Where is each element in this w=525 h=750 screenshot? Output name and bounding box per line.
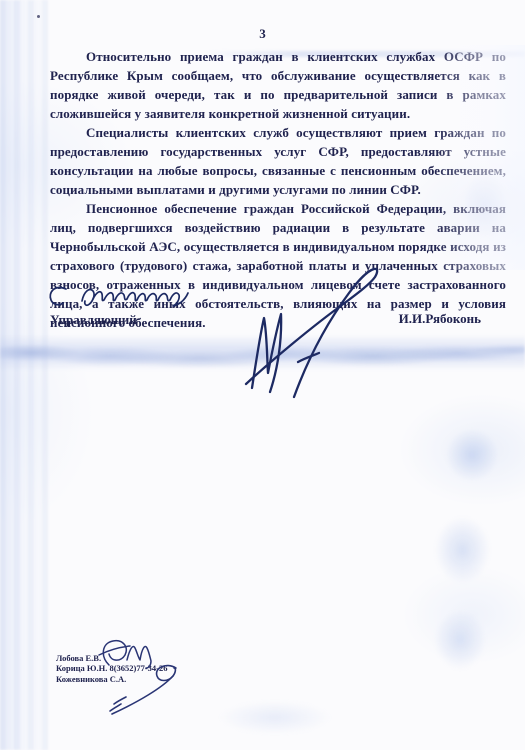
scanned-letter-page: 3 Относительно приема граждан в клиентск… bbox=[0, 0, 525, 750]
scan-left-streaks bbox=[0, 0, 48, 750]
page-number: 3 bbox=[0, 26, 525, 42]
scan-speckle-patch bbox=[200, 695, 350, 740]
scan-speckle-patch bbox=[437, 420, 507, 490]
footer-signature-flourish bbox=[94, 660, 189, 718]
signer-name: И.И.Рябоконь bbox=[399, 311, 481, 327]
paragraph-specialists: Специалисты клиентских служб осуществляю… bbox=[50, 123, 506, 199]
manager-signature bbox=[215, 210, 390, 405]
regards-handwriting bbox=[46, 283, 204, 315]
scan-speckle-patch bbox=[425, 600, 495, 680]
paragraph-reception: Относительно приема граждан в клиентских… bbox=[50, 47, 506, 123]
scan-speckle-patch bbox=[425, 505, 500, 595]
scan-ink-dot bbox=[37, 15, 40, 18]
